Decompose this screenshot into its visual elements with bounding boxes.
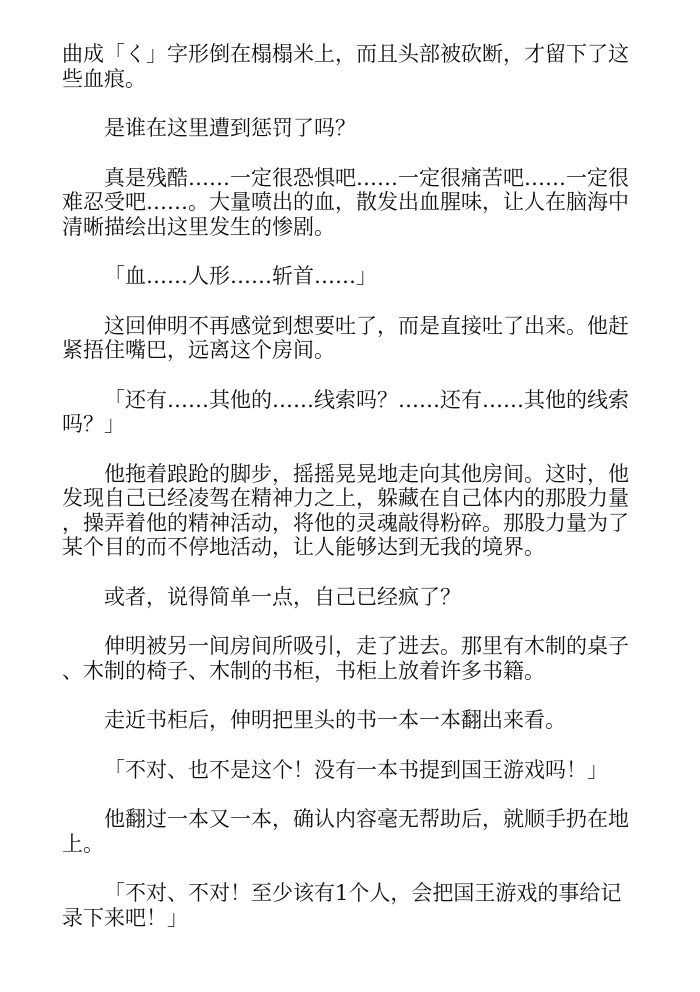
paragraph: 真是残酷……一定很恐惧吧……一定很痛苦吧……一定很难忍受吧……。大量喷出的血，散…: [62, 166, 632, 240]
paragraph: 这回伸明不再感觉到想要吐了，而是直接吐了出来。他赶紧捂住嘴巴，远离这个房间。: [62, 314, 632, 363]
paragraph: 他翻过一本又一本，确认内容毫无帮助后，就顺手扔在地上。: [62, 807, 632, 856]
dialogue-paragraph: 「还有……其他的……线索吗？……还有……其他的线索吗？」: [62, 388, 632, 437]
paragraph: 是谁在这里遭到惩罚了吗？: [62, 116, 632, 141]
document-page: 曲成「く」字形倒在榻榻米上，而且头部被砍断，才留下了这些血痕。 是谁在这里遭到惩…: [62, 42, 632, 955]
dialogue-paragraph: 「不对、也不是这个！没有一本书提到国王游戏吗！」: [62, 758, 632, 783]
dialogue-paragraph: 「不对、不对！至少该有1个人，会把国王游戏的事给记录下来吧！」: [62, 881, 632, 930]
paragraph: 伸明被另一间房间所吸引，走了进去。那里有木制的桌子、木制的椅子、木制的书柜，书柜…: [62, 634, 632, 683]
dialogue-paragraph: 「血……人形……斩首……」: [62, 264, 632, 289]
paragraph: 他拖着踉跄的脚步，摇摇晃晃地走向其他房间。这时，他发现自己已经凌驾在精神力之上，…: [62, 462, 632, 560]
paragraph: 走近书柜后，伸明把里头的书一本一本翻出来看。: [62, 708, 632, 733]
paragraph-continued: 曲成「く」字形倒在榻榻米上，而且头部被砍断，才留下了这些血痕。: [62, 42, 632, 91]
paragraph: 或者，说得简单一点，自己已经疯了？: [62, 585, 632, 610]
